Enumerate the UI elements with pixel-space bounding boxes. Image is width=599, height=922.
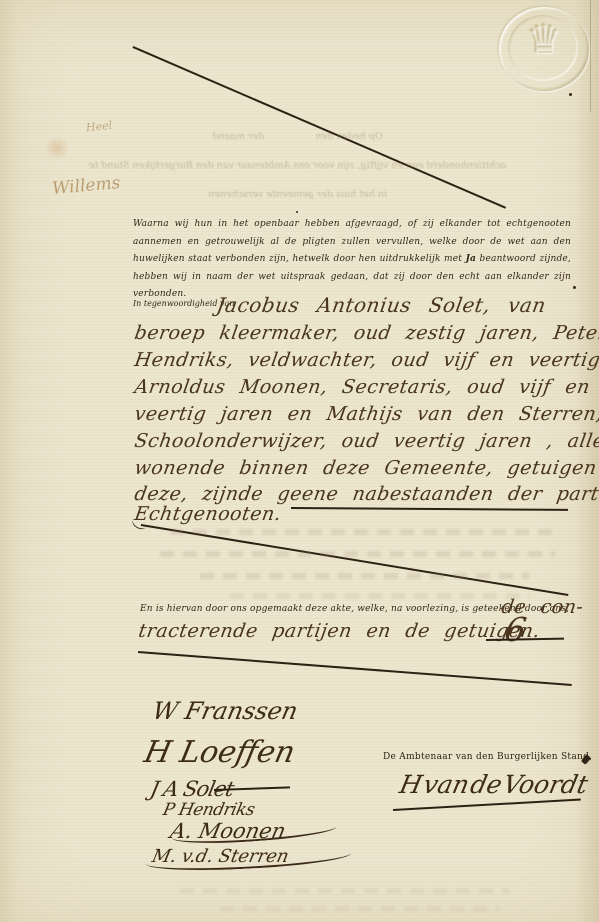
witness-line: deze, zijnde geene nabestaanden der part… [133, 483, 599, 505]
ja-word: Ja [466, 254, 477, 264]
registrar-title: De Ambtenaar van den Burgerlijken Stand, [383, 752, 592, 762]
signature-bride: H Loeffen [141, 735, 298, 770]
fill-rule [291, 507, 568, 511]
showthrough-script-small: Heel [85, 119, 112, 135]
ink-stain [44, 136, 70, 160]
signature-groom: W Franssen [150, 697, 300, 725]
showthrough-text: Op heden den der maand achttienhonderd e… [35, 122, 560, 209]
signature-registrar: H van de Voordt [397, 770, 591, 799]
showthrough-smudge [220, 906, 500, 912]
paper-crease [590, 0, 591, 112]
ink-speck [296, 211, 298, 213]
witness-line: Echtgenooten. [133, 503, 283, 525]
witness-line: beroep kleermaker, oud zestig jaren, Pet… [133, 322, 599, 344]
ink-speck [569, 93, 572, 96]
closing-script-line: tracterende partijen en de getuigen. [137, 620, 542, 642]
witness-line: veertig jaren en Mathijs van den Sterren… [133, 403, 599, 425]
showthrough-smudge [160, 551, 555, 557]
witness-line: Hendriks, veldwachter, oud vijf en veert… [133, 349, 599, 371]
showthrough-smudge [230, 593, 530, 599]
crown-icon: ♛ [499, 17, 589, 63]
showthrough-smudge [180, 888, 510, 894]
registrar-underline [393, 799, 581, 811]
embossed-seal: ♛ [499, 7, 589, 91]
witness-line: Jacobus Antonius Solet, van [215, 293, 548, 317]
signature-witness-2: P Hendriks [161, 800, 256, 820]
witness-line: wonende binnen deze Gemeente, getuigen t… [133, 457, 599, 479]
showthrough-smudge [200, 573, 530, 579]
ink-speck [573, 286, 576, 289]
cancellation-line-bottom [138, 651, 572, 685]
witness-line: Arnoldus Moonen, Secretaris, oud vijf en [133, 376, 592, 398]
witness-line: Schoolonderwijzer, oud veertig jaren , a… [133, 430, 599, 452]
showthrough-smudge [170, 529, 560, 535]
showthrough-line: Op heden den der maand [35, 122, 560, 151]
pronouncement-paragraph: Waarna wij hun in het openbaar hebben af… [133, 216, 571, 304]
marriage-record-page: ♛ Op heden den der maand achttienhonderd… [0, 0, 599, 922]
